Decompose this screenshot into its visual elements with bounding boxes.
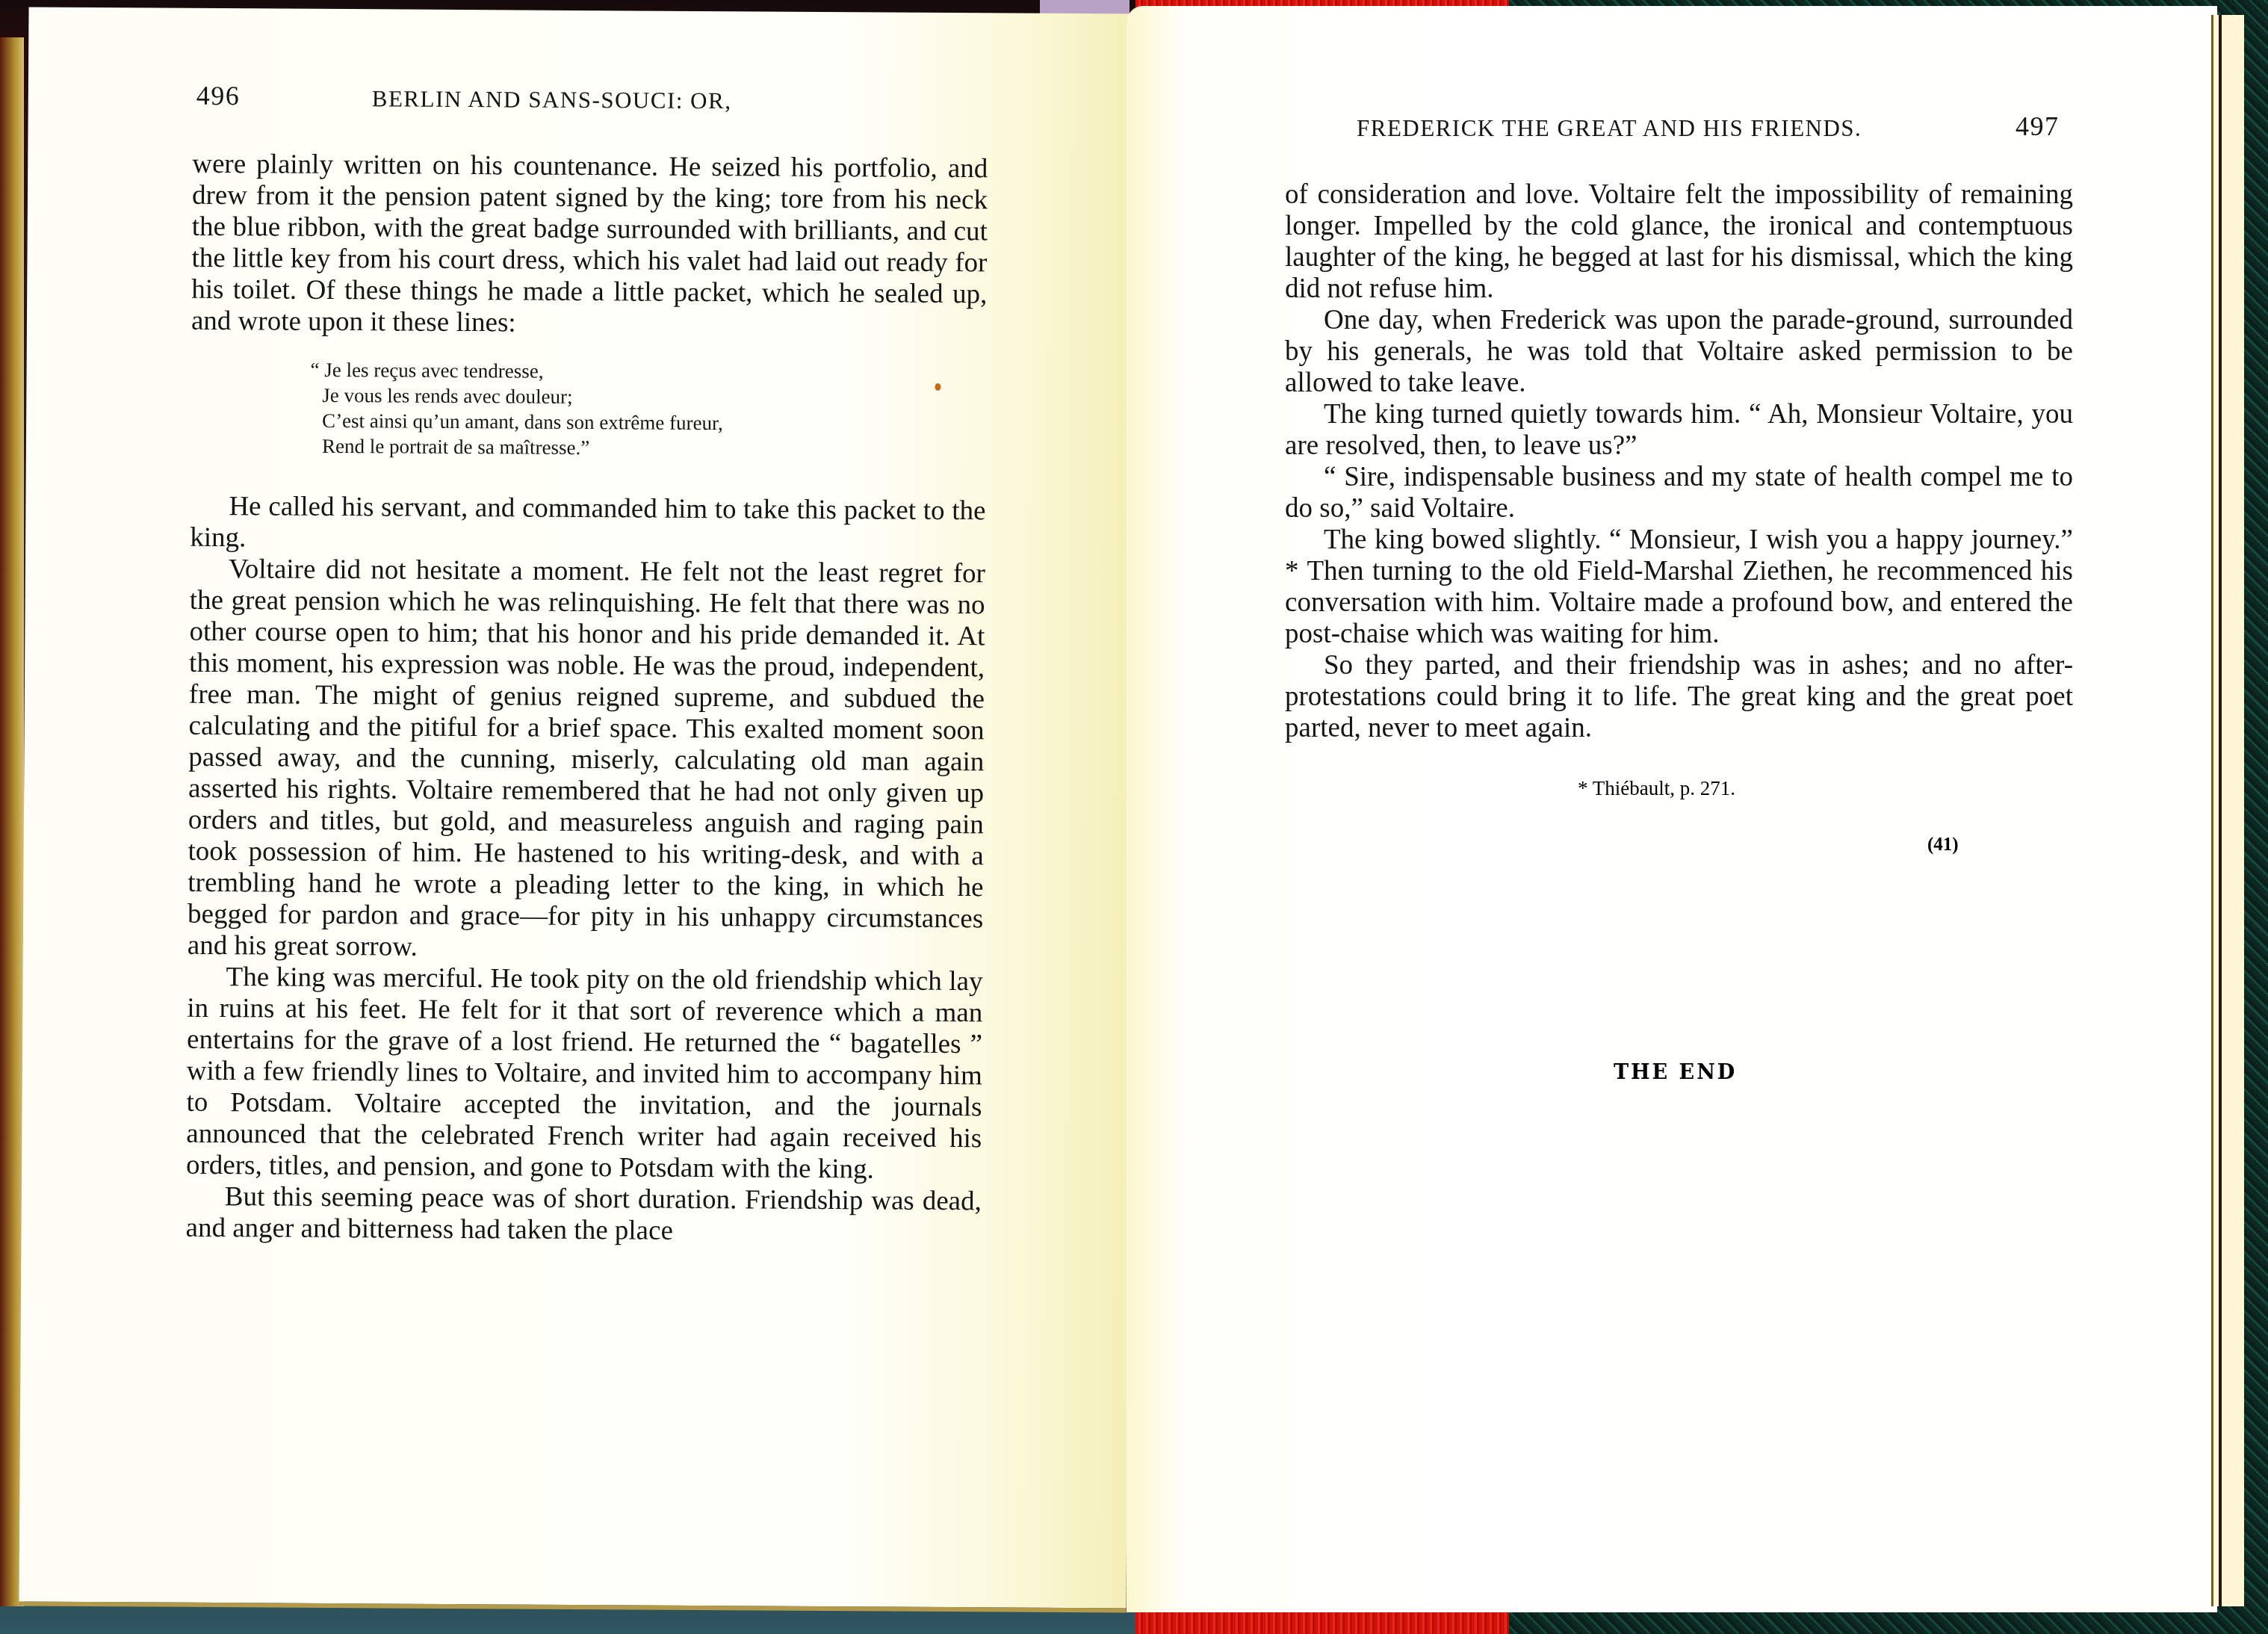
verse-line: C’est ainsi qu’un amant, dans son extrêm… <box>310 408 986 438</box>
left-page-body: were plainly written on his countenance.… <box>185 149 988 1248</box>
paragraph: were plainly written on his countenance.… <box>191 149 988 342</box>
foxing-spot <box>935 383 941 391</box>
right-page-number: 497 <box>2016 111 2060 142</box>
footnote: * Thiébault, p. 271. <box>1578 777 1735 800</box>
verse-line: Je vous les rends avec douleur; <box>310 383 986 412</box>
paragraph: One day, when Frederick was upon the par… <box>1285 305 2073 399</box>
verse-line: “ Je les reçus avec tendresse, <box>310 357 986 387</box>
paragraph: The king was merciful. He took pity on t… <box>186 962 983 1186</box>
signature-mark: (41) <box>1927 835 1959 855</box>
paragraph: He called his servant, and commanded him… <box>190 491 985 559</box>
paragraph: The king turned quietly towards him. “ A… <box>1285 399 2073 462</box>
paragraph: The king bowed slightly. “ Monsieur, I w… <box>1285 524 2073 650</box>
paragraph: of consideration and love. Voltaire felt… <box>1285 179 2073 305</box>
left-running-head: BERLIN AND SANS-SOUCI: OR, <box>372 85 732 114</box>
verse-line: Rend le portrait de sa maîtresse.” <box>310 433 986 463</box>
page-edge-stack <box>2211 15 2244 1606</box>
the-end-closing: THE END <box>1614 1061 1737 1084</box>
left-page-number: 496 <box>196 80 241 111</box>
paragraph: “ Sire, indispensable business and my st… <box>1285 462 2073 524</box>
french-verse: “ Je les reçus avec tendresse, Je vous l… <box>310 357 987 463</box>
right-page: FREDERICK THE GREAT AND HIS FRIENDS. 497… <box>1127 6 2217 1612</box>
paragraph: So they parted, and their friendship was… <box>1285 650 2073 744</box>
left-page: 496 BERLIN AND SANS-SOUCI: OR, were plai… <box>19 7 1135 1612</box>
paragraph: But this seeming peace was of short dura… <box>185 1181 981 1249</box>
paragraph: Voltaire did not hesitate a moment. He f… <box>188 554 985 966</box>
right-running-head: FREDERICK THE GREAT AND HIS FRIENDS. <box>1357 115 1862 142</box>
right-page-body: of consideration and love. Voltaire felt… <box>1285 179 2073 744</box>
